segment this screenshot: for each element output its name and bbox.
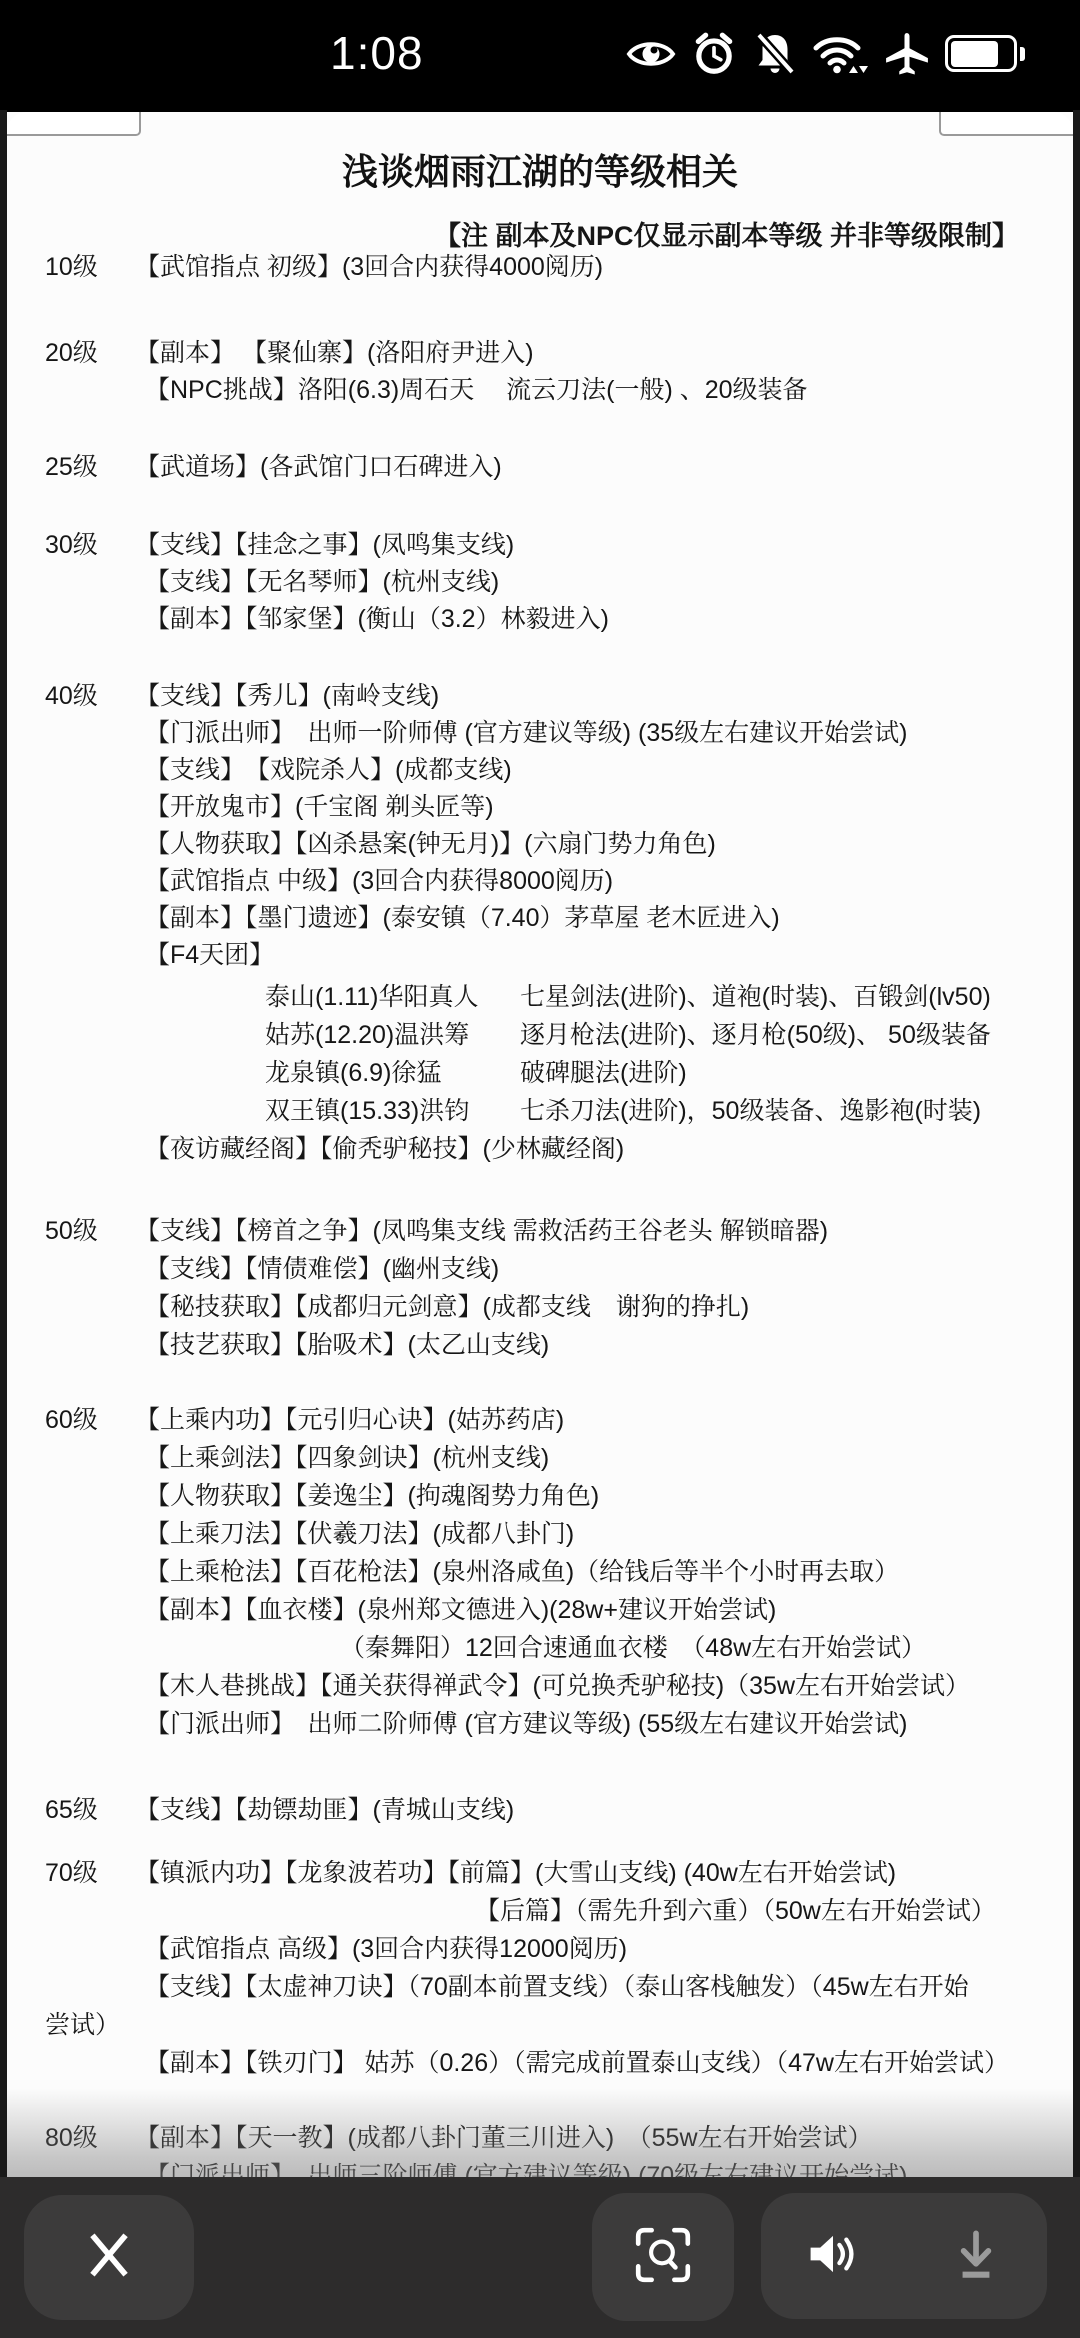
bottom-scrim — [7, 2088, 1073, 2177]
bell-muted-icon — [752, 31, 798, 77]
volume-download-pill — [761, 2193, 1047, 2319]
download-button[interactable] — [904, 2193, 1047, 2319]
scan-search-icon — [632, 2224, 694, 2291]
status-time: 1:08 — [330, 26, 424, 80]
status-bar: 1:08 — [0, 0, 1080, 110]
download-icon — [945, 2223, 1007, 2290]
screen-bezel-right — [1073, 110, 1080, 2338]
page-corner-left — [7, 112, 141, 136]
close-button[interactable] — [24, 2195, 194, 2320]
wifi-icon — [813, 31, 869, 77]
page-title: 浅谈烟雨江湖的等级相关 — [0, 144, 1080, 195]
close-icon — [80, 2226, 138, 2289]
screen-bezel-left — [0, 110, 7, 2338]
speaker-icon — [801, 2222, 865, 2291]
phone-screen: 1:08 — [0, 0, 1080, 2338]
volume-button[interactable] — [761, 2193, 904, 2319]
bottom-control-bar — [0, 2177, 1080, 2338]
page-note: 【注 副本及NPC仅显示副本等级 并非等级限制】 — [434, 214, 1019, 253]
battery-icon — [945, 35, 1023, 73]
eye-icon — [626, 37, 676, 71]
alarm-clock-icon — [691, 31, 737, 77]
scan-image-button[interactable] — [592, 2193, 734, 2321]
page-corner-right — [939, 112, 1073, 136]
document-page — [7, 112, 1073, 2338]
status-icons — [626, 28, 1023, 80]
airplane-icon — [884, 31, 930, 77]
